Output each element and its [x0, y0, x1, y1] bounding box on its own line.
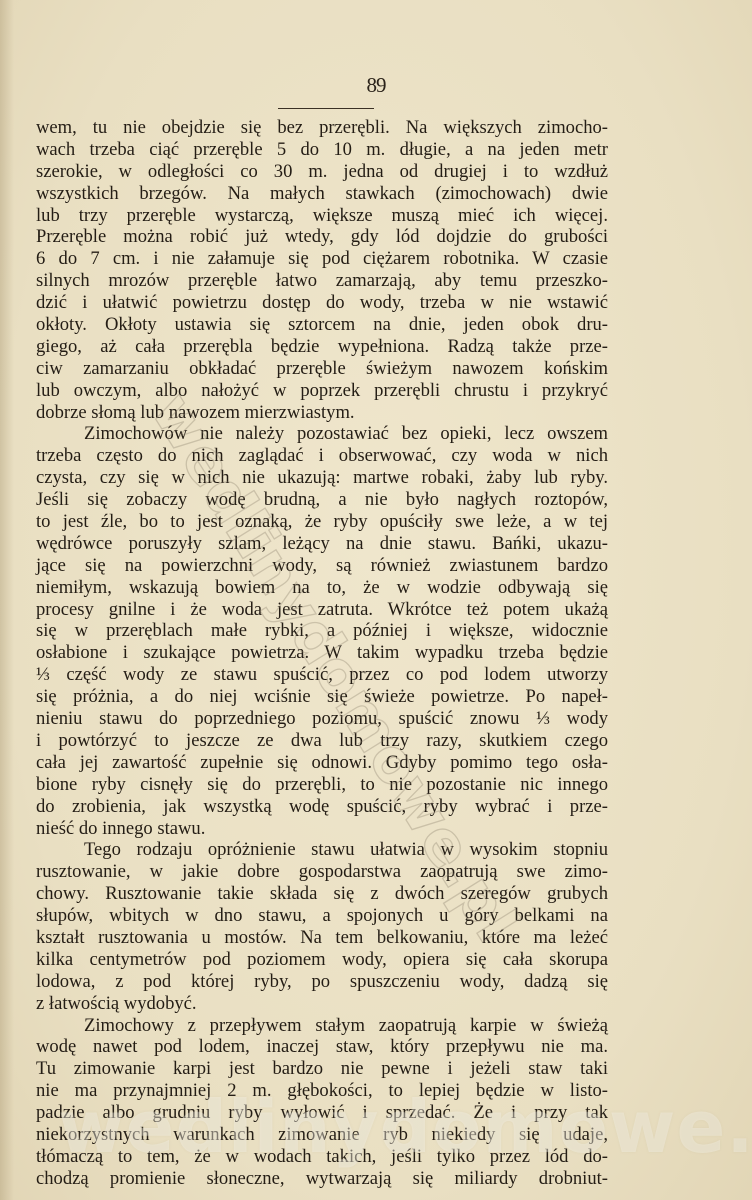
text-line: Jeśli się zobaczy wodę brudną, a nie był…: [36, 489, 608, 511]
text-line: niekorzystnych warunkach zimowanie ryb n…: [36, 1124, 608, 1146]
page-number: 89: [0, 73, 752, 98]
text-line: Przeręble można robić już wtedy, gdy lód…: [36, 226, 608, 248]
text-line: rusztowanie, w jakie dobre gospodarstwa …: [36, 861, 608, 883]
text-line: silnych mrozów przeręble łatwo zamarzają…: [36, 270, 608, 292]
text-line: dobrze słomą lub nawozem mierzwiastym.: [36, 402, 608, 424]
text-line: okłoty. Okłoty ustawia się sztorcem na d…: [36, 314, 608, 336]
text-line: Zimochowy z przepływem stałym zaopatrują…: [36, 1015, 608, 1037]
text-line: kształt rusztowania u mostów. Na tem bel…: [36, 927, 608, 949]
text-line: lodowa, z pod której ryby, po spuszczeni…: [36, 971, 608, 993]
text-line: ⅓ część wody ze stawu spuścić, przez co …: [36, 664, 608, 686]
header-rule: [278, 108, 374, 109]
text-line: Tego rodzaju opróżnienie stawu ułatwia w…: [36, 839, 608, 861]
text-line: wodę nawet pod lodem, inaczej staw, któr…: [36, 1036, 608, 1058]
text-line: ciw zamarzaniu obkładać przeręble świeży…: [36, 358, 608, 380]
text-line: chodzą promienie słoneczne, wytwarzają s…: [36, 1168, 608, 1190]
body-text: wem, tu nie obejdzie się bez przerębli. …: [36, 117, 608, 1190]
text-line: trzeba często do nich zaglądać i obserwo…: [36, 445, 608, 467]
paragraph: Zimochowy z przepływem stałym zaopatrują…: [36, 1015, 608, 1190]
text-line: wem, tu nie obejdzie się bez przerębli. …: [36, 117, 608, 139]
text-line: wszystkich brzegów. Na małych stawkach (…: [36, 183, 608, 205]
text-line: szerokie, w odległości co 30 m. jedna od…: [36, 161, 608, 183]
text-line: wach trzeba ciąć przeręble 5 do 10 m. dł…: [36, 139, 608, 161]
text-line: osłabione i szukające powietrza. W takim…: [36, 642, 608, 664]
text-line: tłómaczą to tem, że w wodach takich, jeś…: [36, 1146, 608, 1168]
text-line: wędrówce poruszyły szlam, leżący na dnie…: [36, 533, 608, 555]
text-line: się w przeręblach małe rybki, a później …: [36, 620, 608, 642]
text-line: i powtórzyć to jeszcze ze dwa lub trzy r…: [36, 730, 608, 752]
text-line: nieniu stawu do poprzedniego poziomu, sp…: [36, 708, 608, 730]
text-line: do zrobienia, jak wszystką wodę spuścić,…: [36, 796, 608, 818]
paragraph: Zimochowów nie należy pozostawiać bez op…: [36, 423, 608, 839]
text-line: giego, aż cała przerębla będzie wypełnio…: [36, 336, 608, 358]
text-line: nie ma przynajmniej 2 m. głębokości, to …: [36, 1080, 608, 1102]
text-line: to jest źle, bo to jest oznaką, że ryby …: [36, 511, 608, 533]
book-page: 89 wem, tu nie obejdzie się bez przerębl…: [0, 0, 752, 1200]
text-line: Zimochowów nie należy pozostawiać bez op…: [36, 423, 608, 445]
text-line: słupów, wbitych w dno stawu, a spojonych…: [36, 905, 608, 927]
text-line: cała jej zawartość zupełnie się odnowi. …: [36, 752, 608, 774]
text-line: się próżnia, a do niej wciśnie się śwież…: [36, 686, 608, 708]
text-line: lub owczym, albo nałożyć w poprzek przer…: [36, 380, 608, 402]
text-line: niemiłym, wskazują bowiem na to, że w wo…: [36, 577, 608, 599]
text-line: bione ryby cisnęły się do przerębli, to …: [36, 774, 608, 796]
text-line: procesy gnilne i że woda jest zatruta. W…: [36, 599, 608, 621]
paragraph: wem, tu nie obejdzie się bez przerębli. …: [36, 117, 608, 423]
text-line: z łatwością wydobyć.: [36, 993, 608, 1015]
text-line: dzić i ułatwić powietrzu dostęp do wody,…: [36, 292, 608, 314]
text-line: 6 do 7 cm. i nie załamuje się pod ciężar…: [36, 248, 608, 270]
text-line: Tu zimowanie karpi jest bardzo nie pewne…: [36, 1058, 608, 1080]
text-line: kilka centymetrów pod poziomem wody, opi…: [36, 949, 608, 971]
text-line: chowy. Rusztowanie takie składa się z dw…: [36, 883, 608, 905]
text-line: jące się na powierzchni wody, są również…: [36, 555, 608, 577]
text-line: padzie albo grudniu ryby wyłowić i sprze…: [36, 1102, 608, 1124]
text-line: nieść do innego stawu.: [36, 818, 608, 840]
paragraph: Tego rodzaju opróżnienie stawu ułatwia w…: [36, 839, 608, 1014]
text-line: czysta, czy się w nich nie ukazują: mart…: [36, 467, 608, 489]
text-line: lub trzy przeręble wystarczą, większe mu…: [36, 205, 608, 227]
